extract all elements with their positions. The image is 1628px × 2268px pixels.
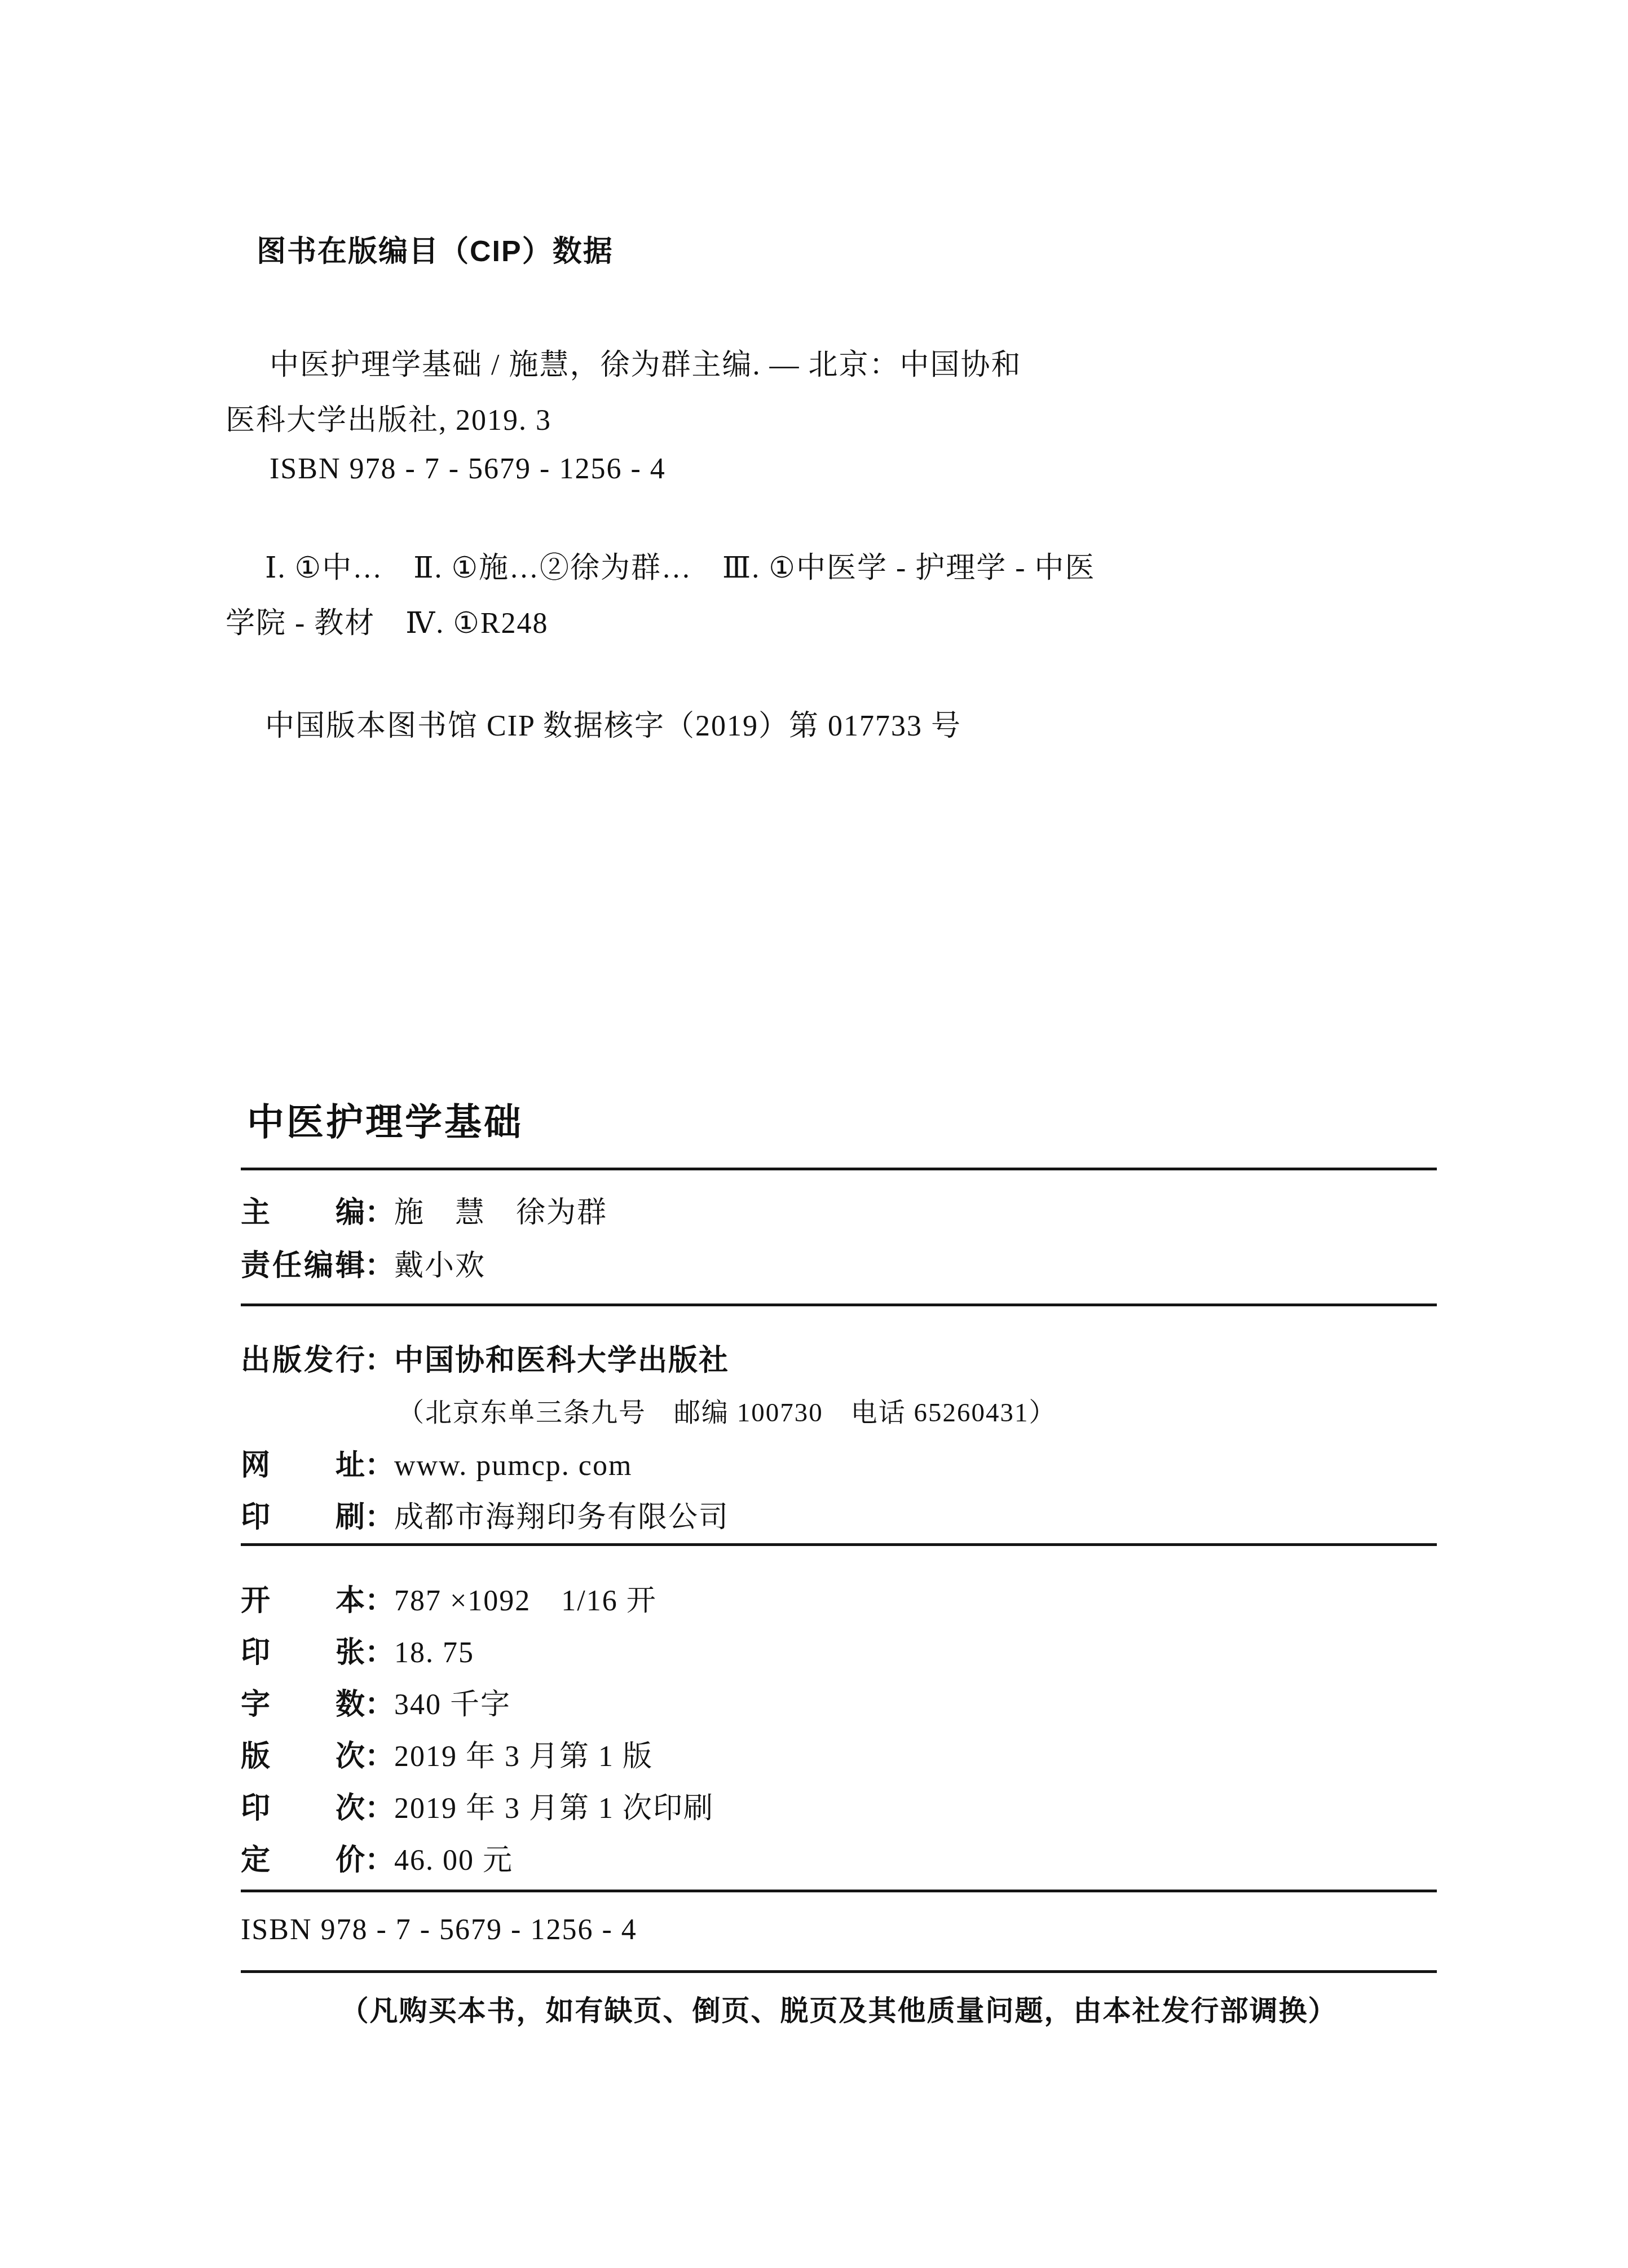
- divider-rule-1: [241, 1168, 1437, 1170]
- sheets-label: 印张: [241, 1638, 365, 1667]
- quality-note: （凡购买本书，如有缺页、倒页、脱页及其他质量问题，由本社发行部调换）: [241, 1997, 1437, 2025]
- publisher-address: （北京东单三条九号 邮编 100730 电话 65260431）: [398, 1400, 1057, 1426]
- format-label: 开本: [241, 1586, 365, 1615]
- word-count-colon: ：: [365, 1688, 394, 1721]
- copyright-page: 图书在版编目（CIP）数据 中医护理学基础 / 施慧，徐为群主编. — 北京：中…: [0, 0, 1628, 2268]
- divider-rule-4: [241, 1890, 1437, 1892]
- cip-classification-line1: Ⅰ. ①中… Ⅱ. ①施…②徐为群… Ⅲ. ①中医学 - 护理学 - 中医: [265, 554, 1096, 583]
- website-colon: ：: [365, 1449, 394, 1482]
- cip-entry-line1: 中医护理学基础 / 施慧，徐为群主编. — 北京：中国协和: [270, 351, 1021, 380]
- managing-editor-value: 戴小欢: [394, 1250, 486, 1282]
- price-value: 46. 00 元: [394, 1844, 513, 1877]
- divider-rule-5: [241, 1970, 1437, 1973]
- managing-editor-colon: ：: [365, 1249, 394, 1282]
- isbn-line: ISBN 978 - 7 - 5679 - 1256 - 4: [241, 1915, 637, 1945]
- price-label: 定价: [241, 1846, 365, 1875]
- sheets-value: 18. 75: [394, 1637, 474, 1669]
- price-row: 定价：46. 00 元: [241, 1846, 513, 1875]
- editor-label: 主编: [241, 1198, 365, 1227]
- printing-row: 印次：2019 年 3 月第 1 次印刷: [241, 1794, 714, 1824]
- printer-colon: ：: [365, 1501, 394, 1534]
- printing-colon: ：: [365, 1792, 394, 1825]
- word-count-row: 字数：340 千字: [241, 1690, 511, 1720]
- sheets-row: 印张：18. 75: [241, 1638, 474, 1668]
- printing-label: 印次: [241, 1794, 365, 1823]
- publisher-value: 中国协和医科大学出版社: [394, 1344, 729, 1377]
- cip-record-number: 中国版本图书馆 CIP 数据核字（2019）第 017733 号: [265, 712, 961, 741]
- editor-value: 施 慧 徐为群: [394, 1197, 607, 1229]
- cip-entry-line2: 医科大学出版社, 2019. 3: [226, 406, 552, 435]
- editor-colon: ：: [365, 1196, 394, 1229]
- website-label: 网址: [241, 1451, 365, 1480]
- printer-row: 印刷：成都市海翔印务有限公司: [241, 1503, 729, 1532]
- edition-row: 版次：2019 年 3 月第 1 版: [241, 1742, 653, 1772]
- cip-isbn: ISBN 978 - 7 - 5679 - 1256 - 4: [270, 455, 666, 484]
- sheets-colon: ：: [365, 1636, 394, 1669]
- edition-value: 2019 年 3 月第 1 版: [394, 1741, 653, 1773]
- edition-label: 版次: [241, 1742, 365, 1771]
- website-value: www. pumcp. com: [394, 1450, 632, 1482]
- divider-rule-2: [241, 1303, 1437, 1306]
- managing-editor-label: 责任编辑: [241, 1251, 365, 1280]
- word-count-value: 340 千字: [394, 1689, 511, 1721]
- managing-editor-row: 责任编辑：戴小欢: [241, 1251, 486, 1281]
- format-value: 787 ×1092 1/16 开: [394, 1585, 657, 1617]
- cip-classification-line2: 学院 - 教材 Ⅳ. ①R248: [226, 609, 549, 638]
- format-row: 开本：787 ×1092 1/16 开: [241, 1586, 657, 1616]
- printer-label: 印刷: [241, 1503, 365, 1532]
- word-count-label: 字数: [241, 1690, 365, 1719]
- website-row: 网址：www. pumcp. com: [241, 1451, 632, 1481]
- editor-row: 主编：施 慧 徐为群: [241, 1198, 607, 1228]
- divider-rule-3: [241, 1543, 1437, 1546]
- price-colon: ：: [365, 1844, 394, 1877]
- publisher-label: 出版发行: [241, 1346, 365, 1375]
- publisher-row: 出版发行：中国协和医科大学出版社: [241, 1346, 729, 1375]
- printing-value: 2019 年 3 月第 1 次印刷: [394, 1793, 714, 1825]
- cip-heading: 图书在版编目（CIP）数据: [257, 237, 614, 266]
- edition-colon: ：: [365, 1740, 394, 1773]
- book-title: 中医护理学基础: [247, 1103, 523, 1140]
- printer-value: 成都市海翔印务有限公司: [394, 1501, 729, 1534]
- format-colon: ：: [365, 1584, 394, 1617]
- publisher-colon: ：: [365, 1344, 394, 1377]
